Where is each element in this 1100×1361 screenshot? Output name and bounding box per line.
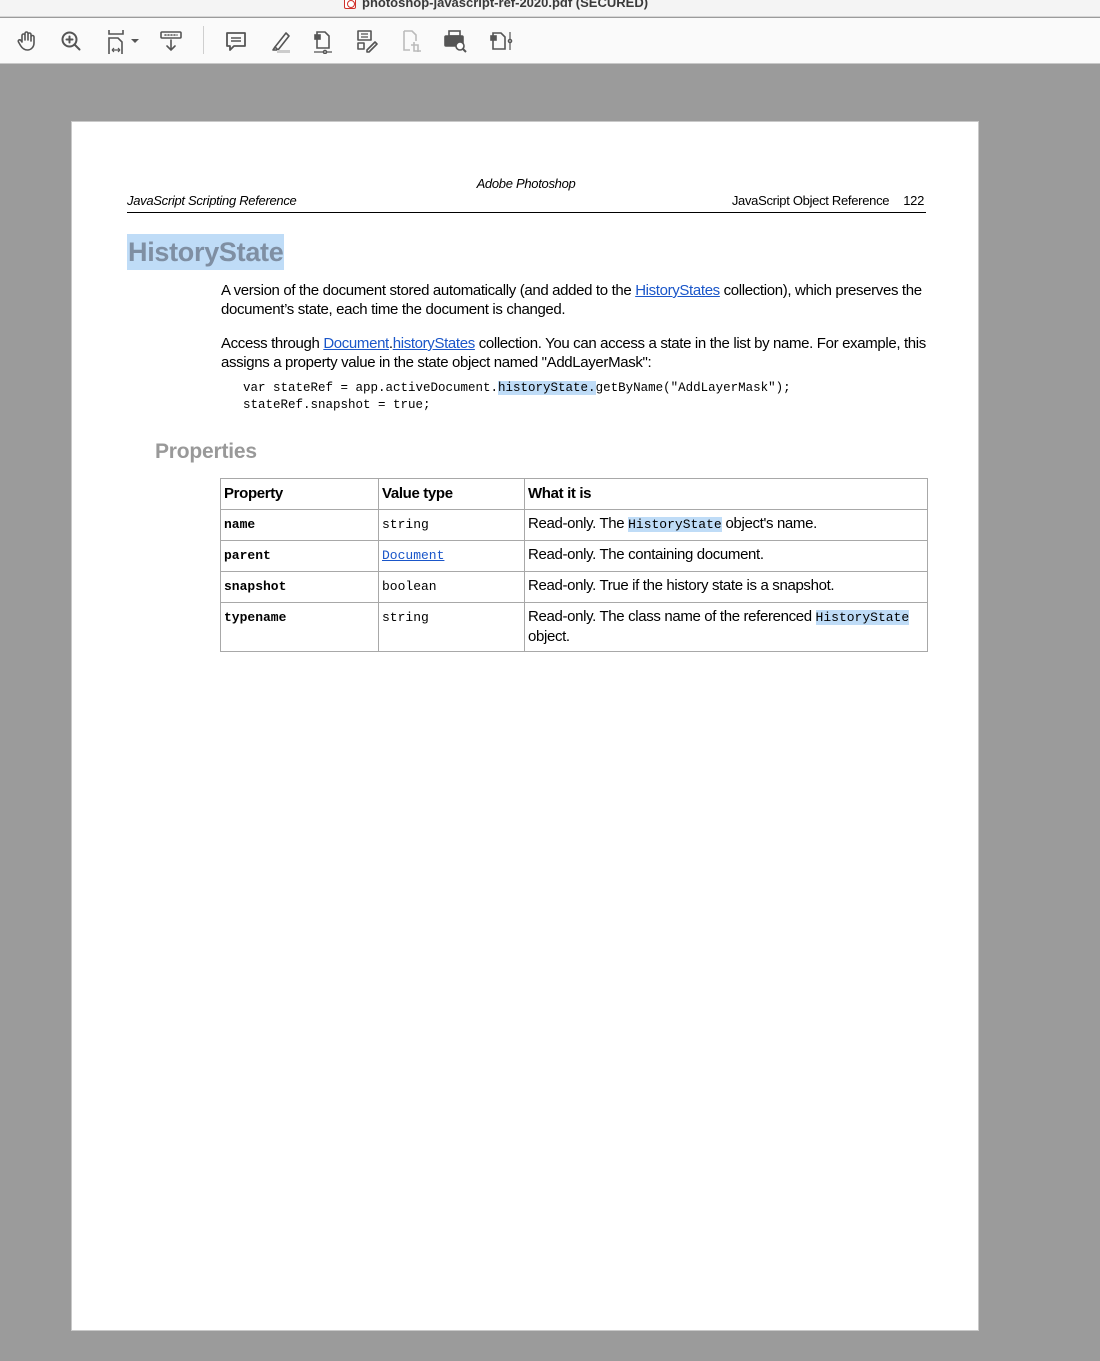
running-header-center: Adobe Photoshop (72, 176, 980, 191)
column-header: What it is (525, 479, 928, 510)
table-row: typenamestringRead-only. The class name … (221, 603, 928, 652)
type-text: string (382, 610, 429, 625)
highlighter-icon (267, 28, 293, 54)
type-text: boolean (382, 579, 437, 594)
description-text: object's name. (722, 515, 817, 532)
more-tools-button[interactable] (487, 27, 515, 55)
highlight-button[interactable] (266, 27, 294, 55)
pdf-icon (344, 0, 356, 9)
historystates-link[interactable]: HistoryStates (635, 282, 720, 299)
scroll-mode-icon (158, 28, 184, 54)
section-name: JavaScript Object Reference (732, 193, 889, 208)
property-name: snapshot (224, 579, 286, 594)
text: Access through (221, 335, 323, 352)
code-text: getByName("AddLayerMask"); (596, 381, 791, 395)
section-title: Properties (155, 440, 257, 464)
description-text: Read-only. The class name of the referen… (528, 608, 816, 625)
running-header-left: JavaScript Scripting Reference (127, 193, 296, 208)
fill-sign-button[interactable] (353, 27, 381, 55)
page-slider-icon (310, 28, 336, 54)
property-name: name (224, 517, 255, 532)
print-preview-button[interactable] (441, 27, 469, 55)
code-highlight: historyState. (498, 381, 596, 395)
access-paragraph: Access through Document.historyStates co… (221, 334, 941, 372)
description-text: object. (528, 628, 570, 645)
code-text: var stateRef = app.activeDocument. (243, 381, 498, 395)
organize-pages-button[interactable] (309, 27, 337, 55)
fill-sign-icon (354, 28, 380, 54)
crop-page-icon (398, 28, 424, 54)
window-title-bar: photoshop-javascript-ref-2020.pdf (SECUR… (0, 0, 1100, 17)
type-cell: string (379, 510, 525, 541)
zoom-in-button[interactable] (57, 27, 85, 55)
column-header: Property (221, 479, 379, 510)
table-row: namestringRead-only. The HistoryState ob… (221, 510, 928, 541)
property-cell: snapshot (221, 572, 379, 603)
description-cell: Read-only. The containing document. (525, 541, 928, 572)
window-title-text: photoshop-javascript-ref-2020.pdf (SECUR… (362, 0, 648, 10)
properties-table: Property Value type What it is namestrin… (220, 478, 928, 652)
property-name: typename (224, 610, 286, 625)
fit-page-icon (104, 28, 130, 54)
description-cell: Read-only. The HistoryState object's nam… (525, 510, 928, 541)
type-cell: boolean (379, 572, 525, 603)
column-header: Value type (379, 479, 525, 510)
type-cell: Document (379, 541, 525, 572)
page-more-icon (488, 28, 514, 54)
page-number: 122 (903, 193, 924, 208)
hand-icon (14, 28, 40, 54)
property-cell: name (221, 510, 379, 541)
toolbar-separator (203, 26, 204, 54)
description-text: Read-only. The containing document. (528, 546, 764, 563)
pdf-page: Adobe Photoshop JavaScript Scripting Ref… (71, 121, 979, 1331)
page-title: HistoryState (127, 234, 284, 270)
running-header-right: JavaScript Object Reference122 (732, 193, 924, 208)
hand-tool-button[interactable] (13, 27, 41, 55)
zoom-in-icon (58, 28, 84, 54)
property-name: parent (224, 548, 271, 563)
code-example: var stateRef = app.activeDocument.histor… (243, 380, 791, 414)
text: A version of the document stored automat… (221, 282, 635, 299)
header-rule (127, 212, 926, 213)
description-paragraph: A version of the document stored automat… (221, 281, 941, 319)
crop-pages-button[interactable] (397, 27, 425, 55)
code-text: stateRef.snapshot = true; (243, 398, 431, 412)
description-text: Read-only. The (528, 515, 628, 532)
table-header-row: Property Value type What it is (221, 479, 928, 510)
table-row: parentDocumentRead-only. The containing … (221, 541, 928, 572)
description-text: Read-only. True if the history state is … (528, 577, 834, 594)
fit-page-button[interactable] (101, 27, 141, 55)
type-text: string (382, 517, 429, 532)
comment-button[interactable] (222, 27, 250, 55)
description-cell: Read-only. The class name of the referen… (525, 603, 928, 652)
comment-icon (223, 28, 249, 54)
description-cell: Read-only. True if the history state is … (525, 572, 928, 603)
print-search-icon (442, 28, 468, 54)
property-cell: parent (221, 541, 379, 572)
document-link[interactable]: Document (323, 335, 389, 352)
type-link[interactable]: Document (382, 548, 444, 563)
chevron-down-icon (131, 37, 139, 45)
code-highlight: HistoryState (816, 610, 910, 625)
window-title: photoshop-javascript-ref-2020.pdf (SECUR… (344, 0, 648, 10)
historystates-property-link[interactable]: historyStates (393, 335, 475, 352)
property-cell: typename (221, 603, 379, 652)
table-row: snapshotbooleanRead-only. True if the hi… (221, 572, 928, 603)
toolbar (0, 18, 1100, 64)
code-highlight: HistoryState (628, 517, 722, 532)
type-cell: string (379, 603, 525, 652)
scroll-mode-button[interactable] (157, 27, 185, 55)
